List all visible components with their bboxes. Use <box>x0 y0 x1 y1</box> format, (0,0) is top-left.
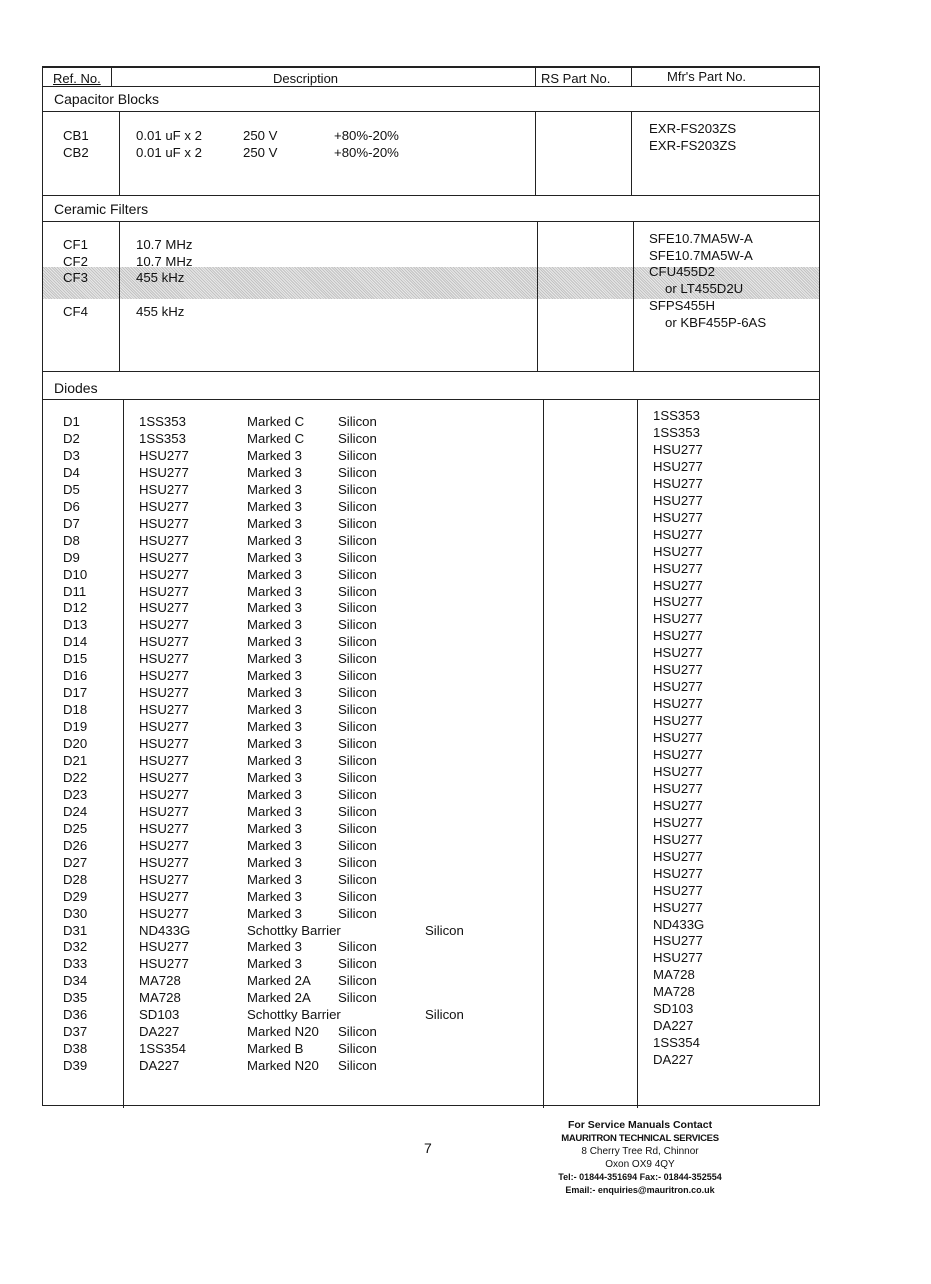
part-type: HSU277 <box>139 600 189 615</box>
ref-no: D25 <box>63 821 87 836</box>
mfr-part-no: DA227 <box>653 1018 693 1033</box>
mfr-part-no: ND433G <box>653 917 704 932</box>
tolerance: +80%-20% <box>334 145 399 160</box>
part-type: DA227 <box>139 1024 179 1039</box>
part-type: SD103 <box>139 1007 179 1022</box>
part-type: HSU277 <box>139 567 189 582</box>
material: Silicon <box>338 414 377 429</box>
ref-no: CB2 <box>63 145 89 160</box>
material: Silicon <box>338 889 377 904</box>
material: Silicon <box>338 516 377 531</box>
mfr-part-no: HSU277 <box>653 815 703 830</box>
mfr-part-no: HSU277 <box>653 933 703 948</box>
ref-no: D29 <box>63 889 87 904</box>
part-type: 1SS353 <box>139 414 186 429</box>
part-type: HSU277 <box>139 753 189 768</box>
part-type: HSU277 <box>139 448 189 463</box>
marking: Marked 3 <box>247 702 302 717</box>
header-rs-part-no: RS Part No. <box>541 71 610 86</box>
mfr-part-no-alt: or LT455D2U <box>665 281 743 296</box>
ref-no: D20 <box>63 736 87 751</box>
ref-no: D16 <box>63 668 87 683</box>
tolerance: +80%-20% <box>334 128 399 143</box>
part-type: MA728 <box>139 973 181 988</box>
part-type: HSU277 <box>139 634 189 649</box>
mfr-part-no: HSU277 <box>653 849 703 864</box>
table-row: D11SS353Marked CSilicon1SS353 <box>43 414 819 431</box>
mfr-part-no: MA728 <box>653 984 695 999</box>
ref-no: D14 <box>63 634 87 649</box>
ref-no: D18 <box>63 702 87 717</box>
table-row: D35MA728Marked 2ASiliconMA728 <box>43 990 819 1007</box>
ref-no: D6 <box>63 499 80 514</box>
table-row: D37DA227Marked N20SiliconDA227 <box>43 1024 819 1041</box>
material: Silicon <box>338 600 377 615</box>
mfr-part-no: HSU277 <box>653 832 703 847</box>
mfr-part-no: HSU277 <box>653 730 703 745</box>
mfr-part-no: SFE10.7MA5W-A <box>649 248 753 263</box>
mfr-part-no: 1SS353 <box>653 425 700 440</box>
ref-no: D22 <box>63 770 87 785</box>
part-type: HSU277 <box>139 499 189 514</box>
mfr-part-no: HSU277 <box>653 459 703 474</box>
part-type: HSU277 <box>139 838 189 853</box>
ref-no: CF1 <box>63 237 88 252</box>
part-type: HSU277 <box>139 668 189 683</box>
part-type: HSU277 <box>139 617 189 632</box>
ref-no: D17 <box>63 685 87 700</box>
material: Silicon <box>338 1041 377 1056</box>
part-type: DA227 <box>139 1058 179 1073</box>
mfr-part-no: HSU277 <box>653 442 703 457</box>
footer-email: Email:- enquiries@mauritron.co.uk <box>540 1184 740 1197</box>
marking: Schottky Barrier <box>247 1007 341 1022</box>
material: Silicon <box>338 550 377 565</box>
mfr-part-no: 1SS353 <box>653 408 700 423</box>
ref-no: D15 <box>63 651 87 666</box>
marking: Marked 3 <box>247 804 302 819</box>
section-diodes: D11SS353Marked CSilicon1SS353D21SS353Mar… <box>43 400 819 1108</box>
ref-no: D27 <box>63 855 87 870</box>
mfr-part-no: HSU277 <box>653 883 703 898</box>
material: Silicon <box>338 634 377 649</box>
mfr-part-no: HSU277 <box>653 747 703 762</box>
ref-no: D7 <box>63 516 80 531</box>
mfr-part-no: HSU277 <box>653 696 703 711</box>
ref-no: D37 <box>63 1024 87 1039</box>
part-type: HSU277 <box>139 787 189 802</box>
marking: Marked C <box>247 414 304 429</box>
mfr-part-no: SD103 <box>653 1001 693 1016</box>
ref-no: D34 <box>63 973 87 988</box>
marking: Marked 3 <box>247 668 302 683</box>
marking: Marked 3 <box>247 821 302 836</box>
part-type: HSU277 <box>139 465 189 480</box>
parts-list-page: Ref. No. Description RS Part No. Mfr's P… <box>0 0 931 1284</box>
mfr-part-no: HSU277 <box>653 527 703 542</box>
parts-table: Ref. No. Description RS Part No. Mfr's P… <box>42 66 820 1106</box>
mfr-part-no: HSU277 <box>653 764 703 779</box>
ref-no: CF3 <box>63 270 88 285</box>
ref-no: CB1 <box>63 128 89 143</box>
mfr-part-no: SFPS455H <box>649 298 715 313</box>
mfr-part-no: SFE10.7MA5W-A <box>649 231 753 246</box>
marking: Marked 3 <box>247 939 302 954</box>
marking: Marked 3 <box>247 838 302 853</box>
marking: Marked 3 <box>247 872 302 887</box>
ref-no: D39 <box>63 1058 87 1073</box>
voltage: 250 V <box>243 145 277 160</box>
mfr-part-no: HSU277 <box>653 866 703 881</box>
material: Silicon <box>338 906 377 921</box>
ref-no: D5 <box>63 482 80 497</box>
section-capacitor-blocks: CB10.01 uF x 2250 V+80%-20%EXR-FS203ZSCB… <box>43 112 819 196</box>
marking: Marked 3 <box>247 516 302 531</box>
mfr-part-no: HSU277 <box>653 611 703 626</box>
part-type: HSU277 <box>139 804 189 819</box>
part-type: HSU277 <box>139 855 189 870</box>
marking: Marked 3 <box>247 685 302 700</box>
section-title-ceramic-filters: Ceramic Filters <box>43 196 819 222</box>
ref-no: D2 <box>63 431 80 446</box>
material: Silicon <box>338 872 377 887</box>
material: Silicon <box>338 838 377 853</box>
material: Silicon <box>338 973 377 988</box>
mfr-part-no: HSU277 <box>653 662 703 677</box>
marking: Marked 3 <box>247 584 302 599</box>
description: 10.7 MHz <box>136 237 192 252</box>
header-ref-no: Ref. No. <box>53 71 101 86</box>
voltage: 250 V <box>243 128 277 143</box>
material: Silicon <box>338 804 377 819</box>
footer-company: MAURITRON TECHNICAL SERVICES <box>540 1132 740 1145</box>
material: Silicon <box>338 770 377 785</box>
material: Silicon <box>338 990 377 1005</box>
part-type: HSU277 <box>139 939 189 954</box>
capacitance: 0.01 uF x 2 <box>136 145 202 160</box>
part-type: HSU277 <box>139 889 189 904</box>
marking: Marked 3 <box>247 499 302 514</box>
material: Silicon <box>338 787 377 802</box>
material: Silicon <box>338 736 377 751</box>
mfr-part-no: HSU277 <box>653 476 703 491</box>
material: Silicon <box>425 1007 464 1022</box>
table-row: D39DA227Marked N20SiliconDA227 <box>43 1058 819 1075</box>
mfr-part-no: HSU277 <box>653 679 703 694</box>
marking: Marked 3 <box>247 956 302 971</box>
mfr-part-no: HSU277 <box>653 798 703 813</box>
table-row: CF4455 kHzSFPS455Hor KBF455P-6AS <box>43 304 819 321</box>
ref-no: D21 <box>63 753 87 768</box>
marking: Marked 3 <box>247 550 302 565</box>
part-type: HSU277 <box>139 533 189 548</box>
part-type: HSU277 <box>139 956 189 971</box>
mfr-part-no: DA227 <box>653 1052 693 1067</box>
material: Silicon <box>338 431 377 446</box>
footer-line: For Service Manuals Contact <box>540 1119 740 1132</box>
part-type: MA728 <box>139 990 181 1005</box>
part-type: HSU277 <box>139 685 189 700</box>
ref-no: D33 <box>63 956 87 971</box>
section-title-diodes: Diodes <box>43 372 819 400</box>
marking: Marked 3 <box>247 651 302 666</box>
ref-no: D38 <box>63 1041 87 1056</box>
marking: Marked 3 <box>247 889 302 904</box>
material: Silicon <box>338 719 377 734</box>
mfr-part-no: EXR-FS203ZS <box>649 138 736 153</box>
capacitance: 0.01 uF x 2 <box>136 128 202 143</box>
description: 455 kHz <box>136 270 184 285</box>
marking: Marked 3 <box>247 567 302 582</box>
ref-no: D13 <box>63 617 87 632</box>
mfr-part-no: EXR-FS203ZS <box>649 121 736 136</box>
part-type: HSU277 <box>139 482 189 497</box>
marking: Marked 3 <box>247 736 302 751</box>
mfr-part-no: HSU277 <box>653 594 703 609</box>
material: Silicon <box>338 465 377 480</box>
footer-postcode: Oxon OX9 4QY <box>540 1158 740 1171</box>
marking: Marked N20 <box>247 1024 319 1039</box>
material: Silicon <box>338 685 377 700</box>
mfr-part-no: MA728 <box>653 967 695 982</box>
mfr-part-no: HSU277 <box>653 578 703 593</box>
description: 10.7 MHz <box>136 254 192 269</box>
material: Silicon <box>338 753 377 768</box>
table-row: CB20.01 uF x 2250 V+80%-20%EXR-FS203ZS <box>43 145 819 162</box>
ref-no: D8 <box>63 533 80 548</box>
part-type: HSU277 <box>139 516 189 531</box>
mfr-part-no: HSU277 <box>653 510 703 525</box>
table-row: D33HSU277Marked 3SiliconHSU277 <box>43 956 819 973</box>
table-row: D381SS354Marked BSilicon1SS354 <box>43 1041 819 1058</box>
header-mfr-part-no: Mfr's Part No. <box>667 69 746 84</box>
marking: Marked 3 <box>247 482 302 497</box>
mfr-part-no: HSU277 <box>653 900 703 915</box>
header-divider <box>111 68 112 86</box>
material: Silicon <box>338 702 377 717</box>
material: Silicon <box>338 482 377 497</box>
ref-no: D11 <box>63 584 86 599</box>
ref-no: D19 <box>63 719 87 734</box>
ref-no: D4 <box>63 465 80 480</box>
mfr-part-no-alt: or KBF455P-6AS <box>665 315 766 330</box>
marking: Schottky Barrier <box>247 923 341 938</box>
table-row: CF3455 kHzCFU455D2or LT455D2U <box>43 270 819 287</box>
table-header: Ref. No. Description RS Part No. Mfr's P… <box>43 68 819 87</box>
marking: Marked 3 <box>247 533 302 548</box>
material: Silicon <box>338 956 377 971</box>
description: 455 kHz <box>136 304 184 319</box>
marking: Marked 3 <box>247 617 302 632</box>
part-type: 1SS353 <box>139 431 186 446</box>
material: Silicon <box>338 1058 377 1073</box>
material: Silicon <box>338 855 377 870</box>
material: Silicon <box>425 923 464 938</box>
material: Silicon <box>338 584 377 599</box>
material: Silicon <box>338 617 377 632</box>
mfr-part-no: HSU277 <box>653 645 703 660</box>
part-type: HSU277 <box>139 584 189 599</box>
marking: Marked 3 <box>247 719 302 734</box>
marking: Marked B <box>247 1041 303 1056</box>
table-row: D34MA728Marked 2ASiliconMA728 <box>43 973 819 990</box>
mfr-part-no: HSU277 <box>653 781 703 796</box>
part-type: HSU277 <box>139 906 189 921</box>
ref-no: D30 <box>63 906 87 921</box>
mfr-part-no: HSU277 <box>653 713 703 728</box>
marking: Marked 3 <box>247 770 302 785</box>
marking: Marked C <box>247 431 304 446</box>
header-description: Description <box>273 71 338 86</box>
material: Silicon <box>338 499 377 514</box>
section-title-capacitor-blocks: Capacitor Blocks <box>43 86 819 112</box>
page-number: 7 <box>424 1140 432 1156</box>
mfr-part-no: HSU277 <box>653 950 703 965</box>
service-contact-footer: For Service Manuals Contact MAURITRON TE… <box>540 1119 740 1197</box>
part-type: HSU277 <box>139 702 189 717</box>
ref-no: D35 <box>63 990 87 1005</box>
material: Silicon <box>338 533 377 548</box>
mfr-part-no: HSU277 <box>653 561 703 576</box>
mfr-part-no: HSU277 <box>653 493 703 508</box>
mfr-part-no: HSU277 <box>653 544 703 559</box>
footer-address: 8 Cherry Tree Rd, Chinnor <box>540 1145 740 1158</box>
mfr-part-no: 1SS354 <box>653 1035 700 1050</box>
header-divider <box>631 68 632 86</box>
part-type: HSU277 <box>139 821 189 836</box>
ref-no: D31 <box>63 923 87 938</box>
section-ceramic-filters: CF110.7 MHzSFE10.7MA5W-ACF210.7 MHzSFE10… <box>43 222 819 372</box>
ref-no: D1 <box>63 414 80 429</box>
part-type: ND433G <box>139 923 190 938</box>
material: Silicon <box>338 821 377 836</box>
mfr-part-no: HSU277 <box>653 628 703 643</box>
material: Silicon <box>338 567 377 582</box>
ref-no: D23 <box>63 787 87 802</box>
part-type: HSU277 <box>139 550 189 565</box>
ref-no: D3 <box>63 448 80 463</box>
ref-no: D9 <box>63 550 80 565</box>
part-type: HSU277 <box>139 719 189 734</box>
ref-no: D36 <box>63 1007 87 1022</box>
marking: Marked 2A <box>247 990 311 1005</box>
ref-no: CF4 <box>63 304 88 319</box>
marking: Marked N20 <box>247 1058 319 1073</box>
part-type: 1SS354 <box>139 1041 186 1056</box>
mfr-part-no: CFU455D2 <box>649 264 715 279</box>
part-type: HSU277 <box>139 651 189 666</box>
marking: Marked 3 <box>247 600 302 615</box>
ref-no: D32 <box>63 939 87 954</box>
material: Silicon <box>338 668 377 683</box>
marking: Marked 3 <box>247 465 302 480</box>
table-row: D36SD103Schottky BarrierSiliconSD103 <box>43 1007 819 1024</box>
material: Silicon <box>338 1024 377 1039</box>
ref-no: D28 <box>63 872 87 887</box>
ref-no: D26 <box>63 838 87 853</box>
footer-phone: Tel:- 01844-351694 Fax:- 01844-352554 <box>540 1171 740 1184</box>
marking: Marked 3 <box>247 753 302 768</box>
marking: Marked 3 <box>247 906 302 921</box>
ref-no: D12 <box>63 600 87 615</box>
part-type: HSU277 <box>139 872 189 887</box>
marking: Marked 3 <box>247 448 302 463</box>
material: Silicon <box>338 651 377 666</box>
material: Silicon <box>338 939 377 954</box>
part-type: HSU277 <box>139 736 189 751</box>
header-divider <box>535 68 536 86</box>
part-type: HSU277 <box>139 770 189 785</box>
ref-no: D10 <box>63 567 87 582</box>
marking: Marked 3 <box>247 787 302 802</box>
material: Silicon <box>338 448 377 463</box>
ref-no: CF2 <box>63 254 88 269</box>
ref-no: D24 <box>63 804 87 819</box>
marking: Marked 3 <box>247 634 302 649</box>
marking: Marked 3 <box>247 855 302 870</box>
marking: Marked 2A <box>247 973 311 988</box>
